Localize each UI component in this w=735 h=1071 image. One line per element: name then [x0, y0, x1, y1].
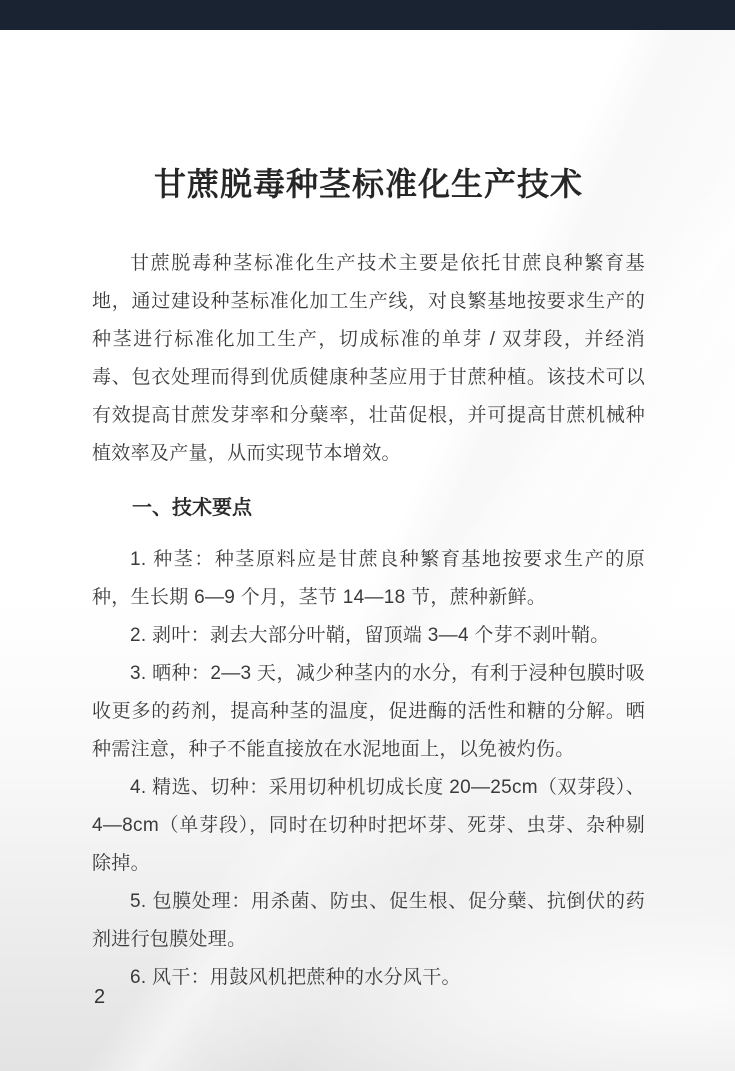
technique-item-6: 6. 风干：用鼓风机把蔗种的水分风干。: [92, 959, 645, 997]
page-content: 甘蔗脱毒种茎标准化生产技术 甘蔗脱毒种茎标准化生产技术主要是依托甘蔗良种繁育基地…: [0, 30, 735, 997]
technique-item-3: 3. 晒种：2—3 天，减少种茎内的水分，有利于浸种包膜时吸收更多的药剂，提高种…: [92, 655, 645, 769]
technique-item-1: 1. 种茎：种茎原料应是甘蔗良种繁育基地按要求生产的原种，生长期 6—9 个月，…: [92, 541, 645, 617]
page-number: 2: [94, 984, 105, 1010]
document-page: 甘蔗脱毒种茎标准化生产技术 甘蔗脱毒种茎标准化生产技术主要是依托甘蔗良种繁育基地…: [0, 0, 735, 1071]
section-heading: 一、技术要点: [92, 489, 645, 527]
technique-item-5: 5. 包膜处理：用杀菌、防虫、促生根、促分蘖、抗倒伏的药剂进行包膜处理。: [92, 883, 645, 959]
technique-items: 1. 种茎：种茎原料应是甘蔗良种繁育基地按要求生产的原种，生长期 6—9 个月，…: [92, 541, 645, 997]
intro-paragraph: 甘蔗脱毒种茎标准化生产技术主要是依托甘蔗良种繁育基地，通过建设种茎标准化加工生产…: [92, 245, 645, 473]
technique-item-4: 4. 精选、切种：采用切种机切成长度 20—25cm（双芽段）、4—8cm（单芽…: [92, 769, 645, 883]
document-title: 甘蔗脱毒种茎标准化生产技术: [92, 163, 645, 205]
technique-item-2: 2. 剥叶：剥去大部分叶鞘，留顶端 3—4 个芽不剥叶鞘。: [92, 617, 645, 655]
top-accent-bar: [0, 0, 735, 30]
